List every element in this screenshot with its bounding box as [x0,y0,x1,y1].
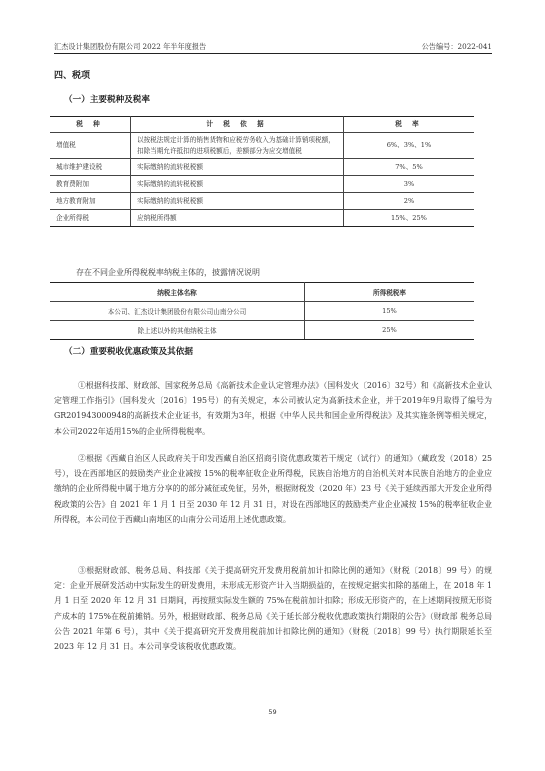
table-row: 增值税 以按税法规定计算的销售货物和应税劳务收入为基础计算销项税额，扣除当期允许… [50,133,474,159]
table-row: 教育费附加 实际缴纳的流转税税额 3% [50,176,474,193]
policy-paragraph-1: ①根据科技部、财政部、国家税务总局《高新技术企业认定管理办法》（国科发火〔201… [54,378,492,439]
entity-rate-cell: 25% [305,321,475,340]
basis-cell: 以按税法规定计算的销售货物和应税劳务收入为基础计算销项税额，扣除当期允许抵扣的进… [131,133,344,159]
basis-cell: 实际缴纳的流转税税额 [131,193,344,210]
report-title: 汇杰设计集团股份有限公司 2022 年半年度报告 [54,42,206,52]
subsection-title-preferential-policies: （二）重要税收优惠政策及其依据 [64,345,193,357]
entity-rate-cell: 15% [305,302,475,321]
entity-name-cell: 除上述以外的其他纳税主体 [50,321,305,340]
column-header-entity-name: 纳税主体名称 [50,283,305,302]
tax-type-cell: 企业所得税 [50,210,131,227]
basis-cell: 应纳税所得额 [131,210,344,227]
table-row: 除上述以外的其他纳税主体 25% [50,321,474,340]
tax-type-cell: 地方教育附加 [50,193,131,210]
table-row: 地方教育附加 实际缴纳的流转税税额 2% [50,193,474,210]
section-title: 四、税项 [54,68,90,81]
column-header-income-tax-rate: 所得税税率 [305,283,475,302]
basis-cell: 实际缴纳的流转税税额 [131,159,344,176]
tax-type-cell: 增值税 [50,133,131,159]
rate-cell: 2% [344,193,475,210]
page-number: 59 [0,708,545,716]
subsection-title-main-taxes: （一）主要税种及税率 [64,93,150,105]
page-header: 汇杰设计集团股份有限公司 2022 年半年度报告 公告编号：2022-041 [54,40,492,54]
column-header-tax-type: 税 种 [50,117,131,133]
rate-cell: 7%、5% [344,159,475,176]
table-row: 城市维护建设税 实际缴纳的流转税税额 7%、5% [50,159,474,176]
column-header-basis: 计 税 依 据 [131,117,344,133]
table-row: 本公司、汇杰设计集团股份有限公司山南分公司 15% [50,302,474,321]
column-header-rate: 税 率 [344,117,475,133]
entity-name-cell: 本公司、汇杰设计集团股份有限公司山南分公司 [50,302,305,321]
policy-paragraph-2: ②根据《西藏自治区人民政府关于印发西藏自治区招商引资优惠政策若干规定（试行）的通… [54,451,492,527]
tax-type-cell: 教育费附加 [50,176,131,193]
rate-cell: 6%、3%、1% [344,133,475,159]
rate-cell: 15%、25% [344,210,475,227]
table-row: 企业所得税 应纳税所得额 15%、25% [50,210,474,227]
basis-cell: 实际缴纳的流转税税额 [131,176,344,193]
tax-type-cell: 城市维护建设税 [50,159,131,176]
policy-paragraph-3: ③根据财政部、税务总局、科技部《关于提高研究开发费用税前加计扣除比例的通知》（财… [54,563,492,654]
taxpayer-entity-table: 纳税主体名称 所得税税率 本公司、汇杰设计集团股份有限公司山南分公司 15% 除… [50,282,474,340]
disclosure-note: 存在不同企业所得税税率纳税主体的，披露情况说明 [76,267,260,278]
tax-rates-table: 税 种 计 税 依 据 税 率 增值税 以按税法规定计算的销售货物和应税劳务收入… [50,116,474,227]
rate-cell: 3% [344,176,475,193]
table-header-row: 税 种 计 税 依 据 税 率 [50,117,474,133]
announcement-number: 公告编号：2022-041 [422,42,492,52]
table-header-row: 纳税主体名称 所得税税率 [50,283,474,302]
